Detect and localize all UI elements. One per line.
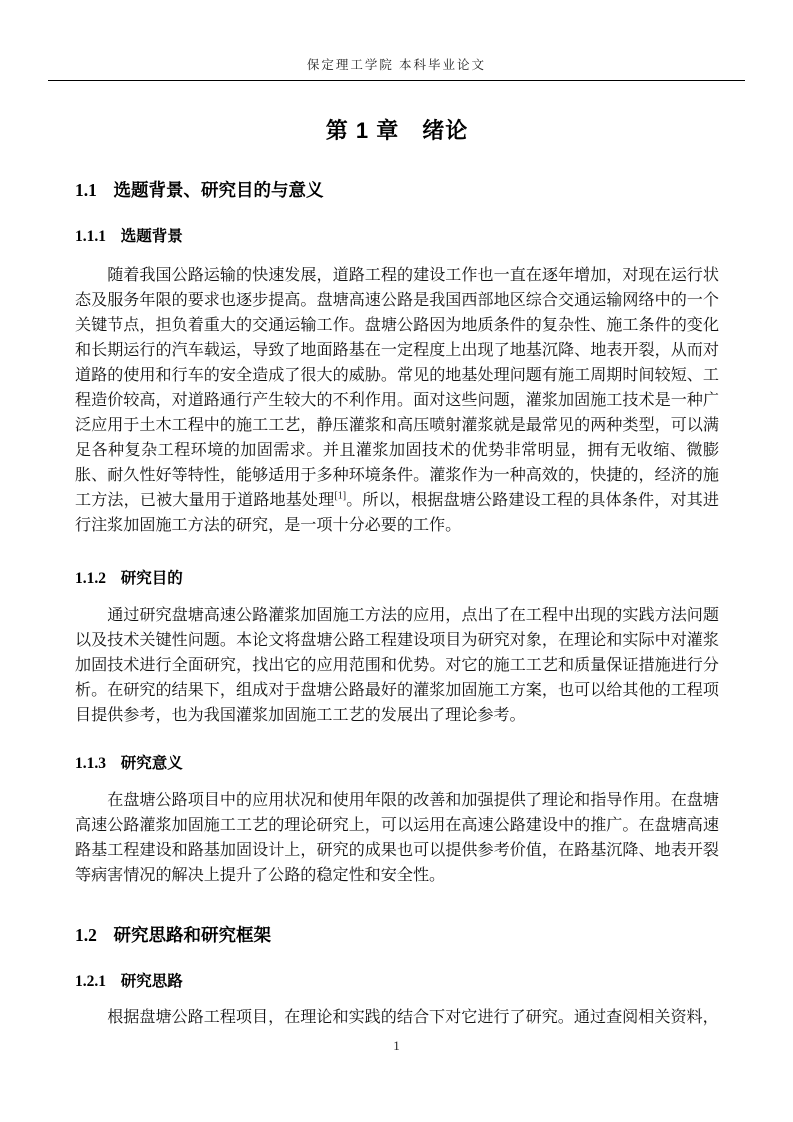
citation-superscript: [1] xyxy=(334,490,346,501)
subsection-title: 研究意义 xyxy=(121,755,183,772)
subsection-title: 选题背景 xyxy=(121,228,183,245)
subsection-heading-1-2-1: 1.2.1研究思路 xyxy=(75,972,719,992)
paragraph-research-background: 随着我国公路运输的快速发展，道路工程的建设工作也一直在逐年增加，对现在运行状态及… xyxy=(75,263,719,538)
section-heading-1-2: 1.2研究思路和研究框架 xyxy=(75,924,719,946)
section-number: 1.2 xyxy=(75,925,97,945)
subsection-heading-1-1-2: 1.1.2研究目的 xyxy=(75,569,719,589)
subsection-title: 研究目的 xyxy=(121,570,183,587)
header-title: 保定理工学院 本科毕业论文 xyxy=(48,59,745,72)
subsection-heading-1-1-1: 1.1.1选题背景 xyxy=(75,227,719,247)
section-title: 选题背景、研究目的与意义 xyxy=(114,180,324,200)
page-header: 保定理工学院 本科毕业论文 xyxy=(48,0,745,81)
section-heading-1-1: 1.1选题背景、研究目的与意义 xyxy=(75,179,719,201)
page-number: 1 xyxy=(0,1038,793,1054)
subsection-number: 1.1.3 xyxy=(75,755,106,772)
paragraph-research-significance: 在盘塘公路项目中的应用状况和使用年限的改善和加强提供了理论和指导作用。在盘塘高速… xyxy=(75,788,719,888)
thesis-page: 保定理工学院 本科毕业论文 第 1 章 绪论 1.1选题背景、研究目的与意义 1… xyxy=(0,0,793,1122)
paragraph-research-purpose: 通过研究盘塘高速公路灌浆加固施工方法的应用，点出了在工程中出现的实践方法问题以及… xyxy=(75,603,719,728)
subsection-title: 研究思路 xyxy=(121,973,183,990)
paragraph-text: 随着我国公路运输的快速发展，道路工程的建设工作也一直在逐年增加，对现在运行状态及… xyxy=(75,267,719,509)
chapter-title: 第 1 章 绪论 xyxy=(75,116,719,146)
subsection-number: 1.1.2 xyxy=(75,570,106,587)
page-content: 第 1 章 绪论 1.1选题背景、研究目的与意义 1.1.1选题背景 随着我国公… xyxy=(75,116,719,1030)
section-number: 1.1 xyxy=(75,180,97,200)
paragraph-research-approach: 根据盘塘公路工程项目，在理论和实践的结合下对它进行了研究。通过查阅相关资料， xyxy=(75,1005,719,1030)
section-title: 研究思路和研究框架 xyxy=(114,925,272,945)
subsection-number: 1.2.1 xyxy=(75,973,106,990)
subsection-heading-1-1-3: 1.1.3研究意义 xyxy=(75,754,719,774)
subsection-number: 1.1.1 xyxy=(75,228,106,245)
